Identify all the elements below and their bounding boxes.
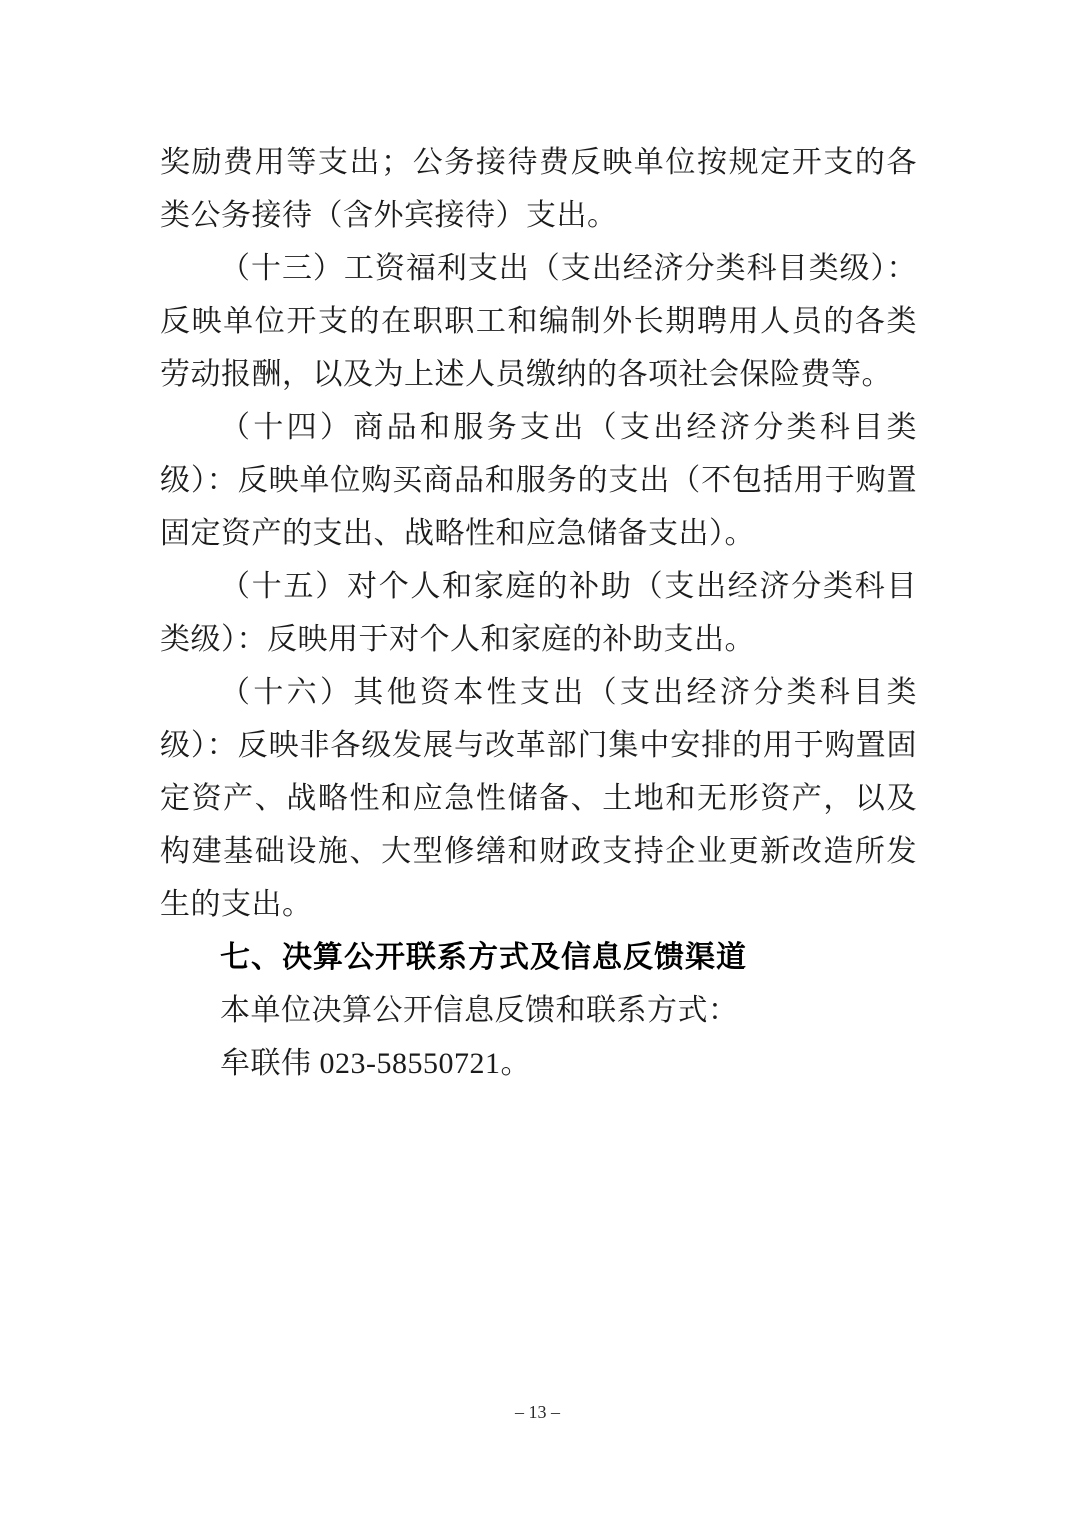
paragraph-contact-intro: 本单位决算公开信息反馈和联系方式： — [160, 984, 917, 1037]
document-body: 奖励费用等支出；公务接待费反映单位按规定开支的各类公务接待（含外宾接待）支出。 … — [160, 136, 917, 1090]
paragraph-section-14-goods-services: （十四）商品和服务支出（支出经济分类科目类级）：反映单位购买商品和服务的支出（不… — [160, 401, 917, 560]
paragraph-contact-name-phone: 牟联伟 023-58550721。 — [160, 1037, 917, 1090]
document-page: 奖励费用等支出；公务接待费反映单位按规定开支的各类公务接待（含外宾接待）支出。 … — [0, 0, 1075, 1520]
page-number: – 13 – — [0, 1400, 1075, 1424]
paragraph-section-16-other-capital-expenditure: （十六）其他资本性支出（支出经济分类科目类级）：反映非各级发展与改革部门集中安排… — [160, 666, 917, 931]
paragraph-section-13-wages-welfare: （十三）工资福利支出（支出经济分类科目类级）：反映单位开支的在职职工和编制外长期… — [160, 242, 917, 401]
paragraph-section-15-individual-family-subsidy: （十五）对个人和家庭的补助（支出经济分类科目类级）：反映用于对个人和家庭的补助支… — [160, 560, 917, 666]
paragraph-official-reception-continuation: 奖励费用等支出；公务接待费反映单位按规定开支的各类公务接待（含外宾接待）支出。 — [160, 136, 917, 242]
section-heading-contact-feedback: 七、决算公开联系方式及信息反馈渠道 — [160, 931, 917, 984]
